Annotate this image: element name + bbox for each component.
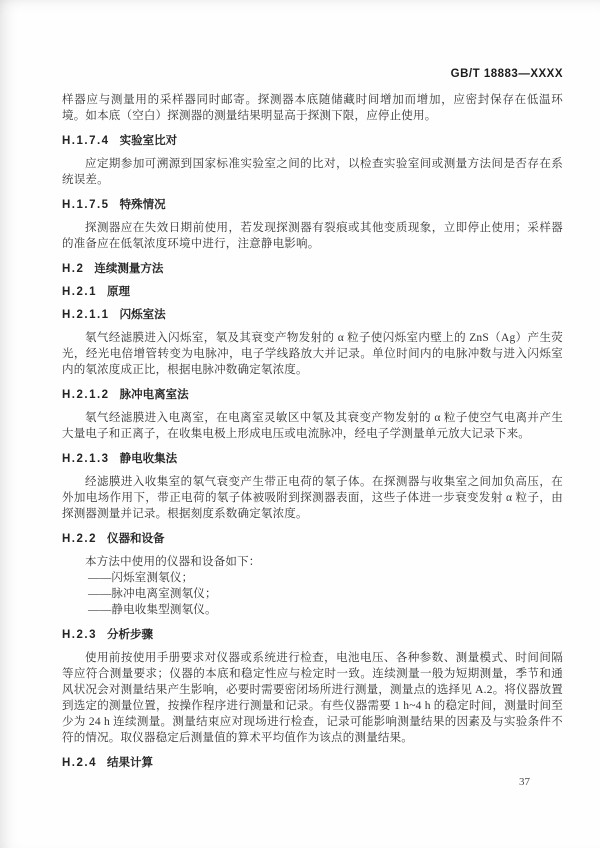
section-title: 闪烁室法 <box>120 309 166 321</box>
paragraph: 氡气经滤膜进入闪烁室，氡及其衰变产物发射的 α 粒子使闪烁室内壁上的 ZnS（A… <box>62 330 563 378</box>
section-title: 分析步骤 <box>107 629 153 641</box>
document-code: GB/T 18883—XXXX <box>451 68 563 80</box>
section-label: H.2.2 <box>62 533 97 545</box>
section-heading-h24: H.2.4结果计算 <box>62 755 563 772</box>
paragraph-carryover: 样器应与测量用的采样器同时邮寄。探测器本底随储藏时间增加而增加，应密封保存在低温… <box>62 92 563 124</box>
section-heading-h23: H.2.3分析步骤 <box>62 627 563 644</box>
paragraph: 本方法中使用的仪器和设备如下： <box>62 554 563 570</box>
section-heading-h2: H.2连续测量方法 <box>62 261 563 278</box>
section-label: H.2.1.1 <box>62 309 110 321</box>
section-title: 特殊情况 <box>120 199 166 211</box>
equipment-list-item: ——闪烁室测氡仪； <box>62 570 563 586</box>
section-label: H.2.4 <box>62 757 97 769</box>
section-label: H.1.7.5 <box>62 199 110 211</box>
section-title: 仪器和设备 <box>107 533 165 545</box>
section-label: H.2.3 <box>62 629 97 641</box>
paragraph: 使用前按使用手册要求对仪器或系统进行检查，电池电压、各种参数、测量模式、时间间隔… <box>62 650 563 746</box>
section-heading-h211: H.2.1.1闪烁室法 <box>62 307 563 324</box>
section-label: H.2.1.2 <box>62 389 110 401</box>
paragraph: 经滤膜进入收集室的氡气衰变产生带正电荷的氡子体。在探测器与收集室之间加负高压，在… <box>62 474 563 522</box>
section-title: 连续测量方法 <box>94 263 163 275</box>
equipment-list-item: ——静电收集型测氡仪。 <box>62 602 563 618</box>
page-number: 37 <box>519 776 530 788</box>
paragraph: 探测器应在失效日期前使用，若发现探测器有裂痕或其他变质现象，立即停止使用；采样器… <box>62 220 563 252</box>
document-page: GB/T 18883—XXXX 样器应与测量用的采样器同时邮寄。探测器本底随储藏… <box>0 0 600 848</box>
paragraph: 应定期参加可溯源到国家标准实验室之间的比对，以检查实验室间或测量方法间是否存在系… <box>62 156 563 188</box>
page-content: 样器应与测量用的采样器同时邮寄。探测器本底随储藏时间增加而增加，应密封保存在低温… <box>62 92 563 778</box>
section-heading-h213: H.2.1.3静电收集法 <box>62 451 563 468</box>
section-label: H.2.1.3 <box>62 453 110 465</box>
section-title: 实验室比对 <box>120 135 178 147</box>
section-label: H.2.1 <box>62 286 97 298</box>
section-title: 原理 <box>107 286 130 298</box>
section-title: 结果计算 <box>107 757 153 769</box>
section-heading-h22: H.2.2仪器和设备 <box>62 531 563 548</box>
equipment-list-item: ——脉冲电离室测氡仪； <box>62 586 563 602</box>
section-heading-h174: H.1.7.4实验室比对 <box>62 133 563 150</box>
section-label: H.2 <box>62 263 84 275</box>
section-title: 静电收集法 <box>120 453 178 465</box>
section-heading-h212: H.2.1.2脉冲电离室法 <box>62 387 563 404</box>
section-title: 脉冲电离室法 <box>120 389 189 401</box>
section-label: H.1.7.4 <box>62 135 110 147</box>
section-heading-h175: H.1.7.5特殊情况 <box>62 197 563 214</box>
paragraph: 氡气经滤膜进入电离室，在电离室灵敏区中氡及其衰变产物发射的 α 粒子使空气电离并… <box>62 410 563 442</box>
section-heading-h21: H.2.1原理 <box>62 284 563 301</box>
